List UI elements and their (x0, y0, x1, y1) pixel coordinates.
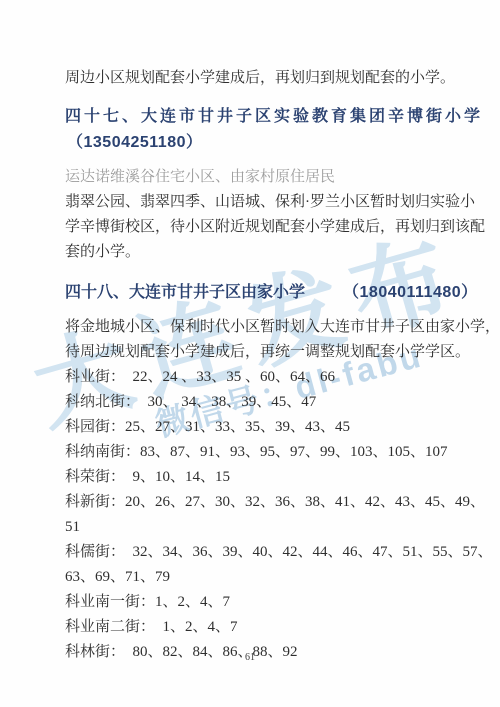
section-47-heading-line1: 四十七、大连市甘井子区实验教育集团辛博街小学 (65, 104, 465, 130)
section-48-paragraph-line: 待周边规划配套小学建成后，再统一调整规划配套小学学区。 (65, 340, 465, 365)
section-47-heading-phone: （13504251180） (65, 130, 465, 156)
section-48-heading: 四十八、大连市甘井子区由家小学 （18040111480） (65, 280, 465, 306)
section-47-paragraph-line: 套的小学。 (65, 240, 465, 265)
street-line-kerong: 科荣街： 9、10、14、15 (65, 465, 465, 490)
section-48-heading-phone: （18040111480） (343, 280, 478, 306)
section-47-paragraph-residents: 运达诺维溪谷住宅小区、由家村原住居民 (65, 165, 465, 190)
street-line-keyenaner: 科业南二街： 1、2、4、7 (65, 615, 465, 640)
section-47-paragraph-line: 学辛博街校区，待小区附近规划配套小学建成后，再划归到该配 (65, 215, 465, 240)
street-line-keye: 科业街： 22、24 、33、35 、60、64、66 (65, 365, 465, 390)
street-line-kexin: 科新街：20、26、27、30、32、36、38、41、42、43、45、49、 (65, 490, 465, 515)
street-line-keyenanyi: 科业南一街：1、2、4、7 (65, 590, 465, 615)
document-page: 大连发布 微信号：dl-fabu 周边小区规划配套小学建成后，再划归到规划配套的… (0, 0, 500, 707)
intro-line: 周边小区规划配套小学建成后，再划归到规划配套的小学。 (65, 66, 465, 91)
street-line-kenabei: 科纳北街： 30、 34、38、39、45、47 (65, 390, 465, 415)
street-line-keyuan: 科园街：25、27、31、33、35、39、43、45 (65, 415, 465, 440)
street-line-kenanan: 科纳南街：83、87、91、93、95、97、99、103、105、107 (65, 440, 465, 465)
section-48-paragraph-line: 将金地城小区、保利时代小区暂时划入大连市甘井子区由家小学， (65, 315, 465, 340)
page-number: 61 (0, 652, 500, 663)
street-line-keru: 科儒街： 32、34、36、39、40、42、44、46、47、51、55、57… (65, 540, 465, 565)
street-line-kexin-cont: 51 (65, 515, 465, 540)
section-48-heading-title: 四十八、大连市甘井子区由家小学 (65, 280, 305, 306)
street-line-keru-cont: 63、69、71、79 (65, 565, 465, 590)
page-content: 周边小区规划配套小学建成后，再划归到规划配套的小学。 四十七、大连市甘井子区实验… (65, 66, 465, 665)
section-47-paragraph-line: 翡翠公园、翡翠四季、山语城、保利·罗兰小区暂时划归实验小 (65, 190, 465, 215)
